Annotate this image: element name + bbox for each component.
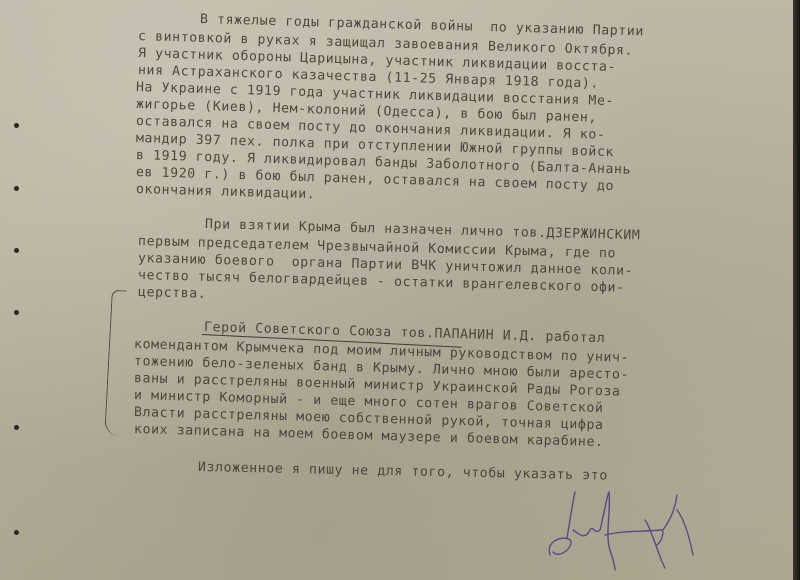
signature <box>545 490 725 580</box>
scan-edge <box>793 0 800 580</box>
text-line: окончания ликвидации. <box>136 182 316 202</box>
signature-icon <box>545 490 725 580</box>
text-line: церства. <box>138 285 207 302</box>
text-line: Изложенное я пишу не для того, чтобы ука… <box>198 460 608 484</box>
